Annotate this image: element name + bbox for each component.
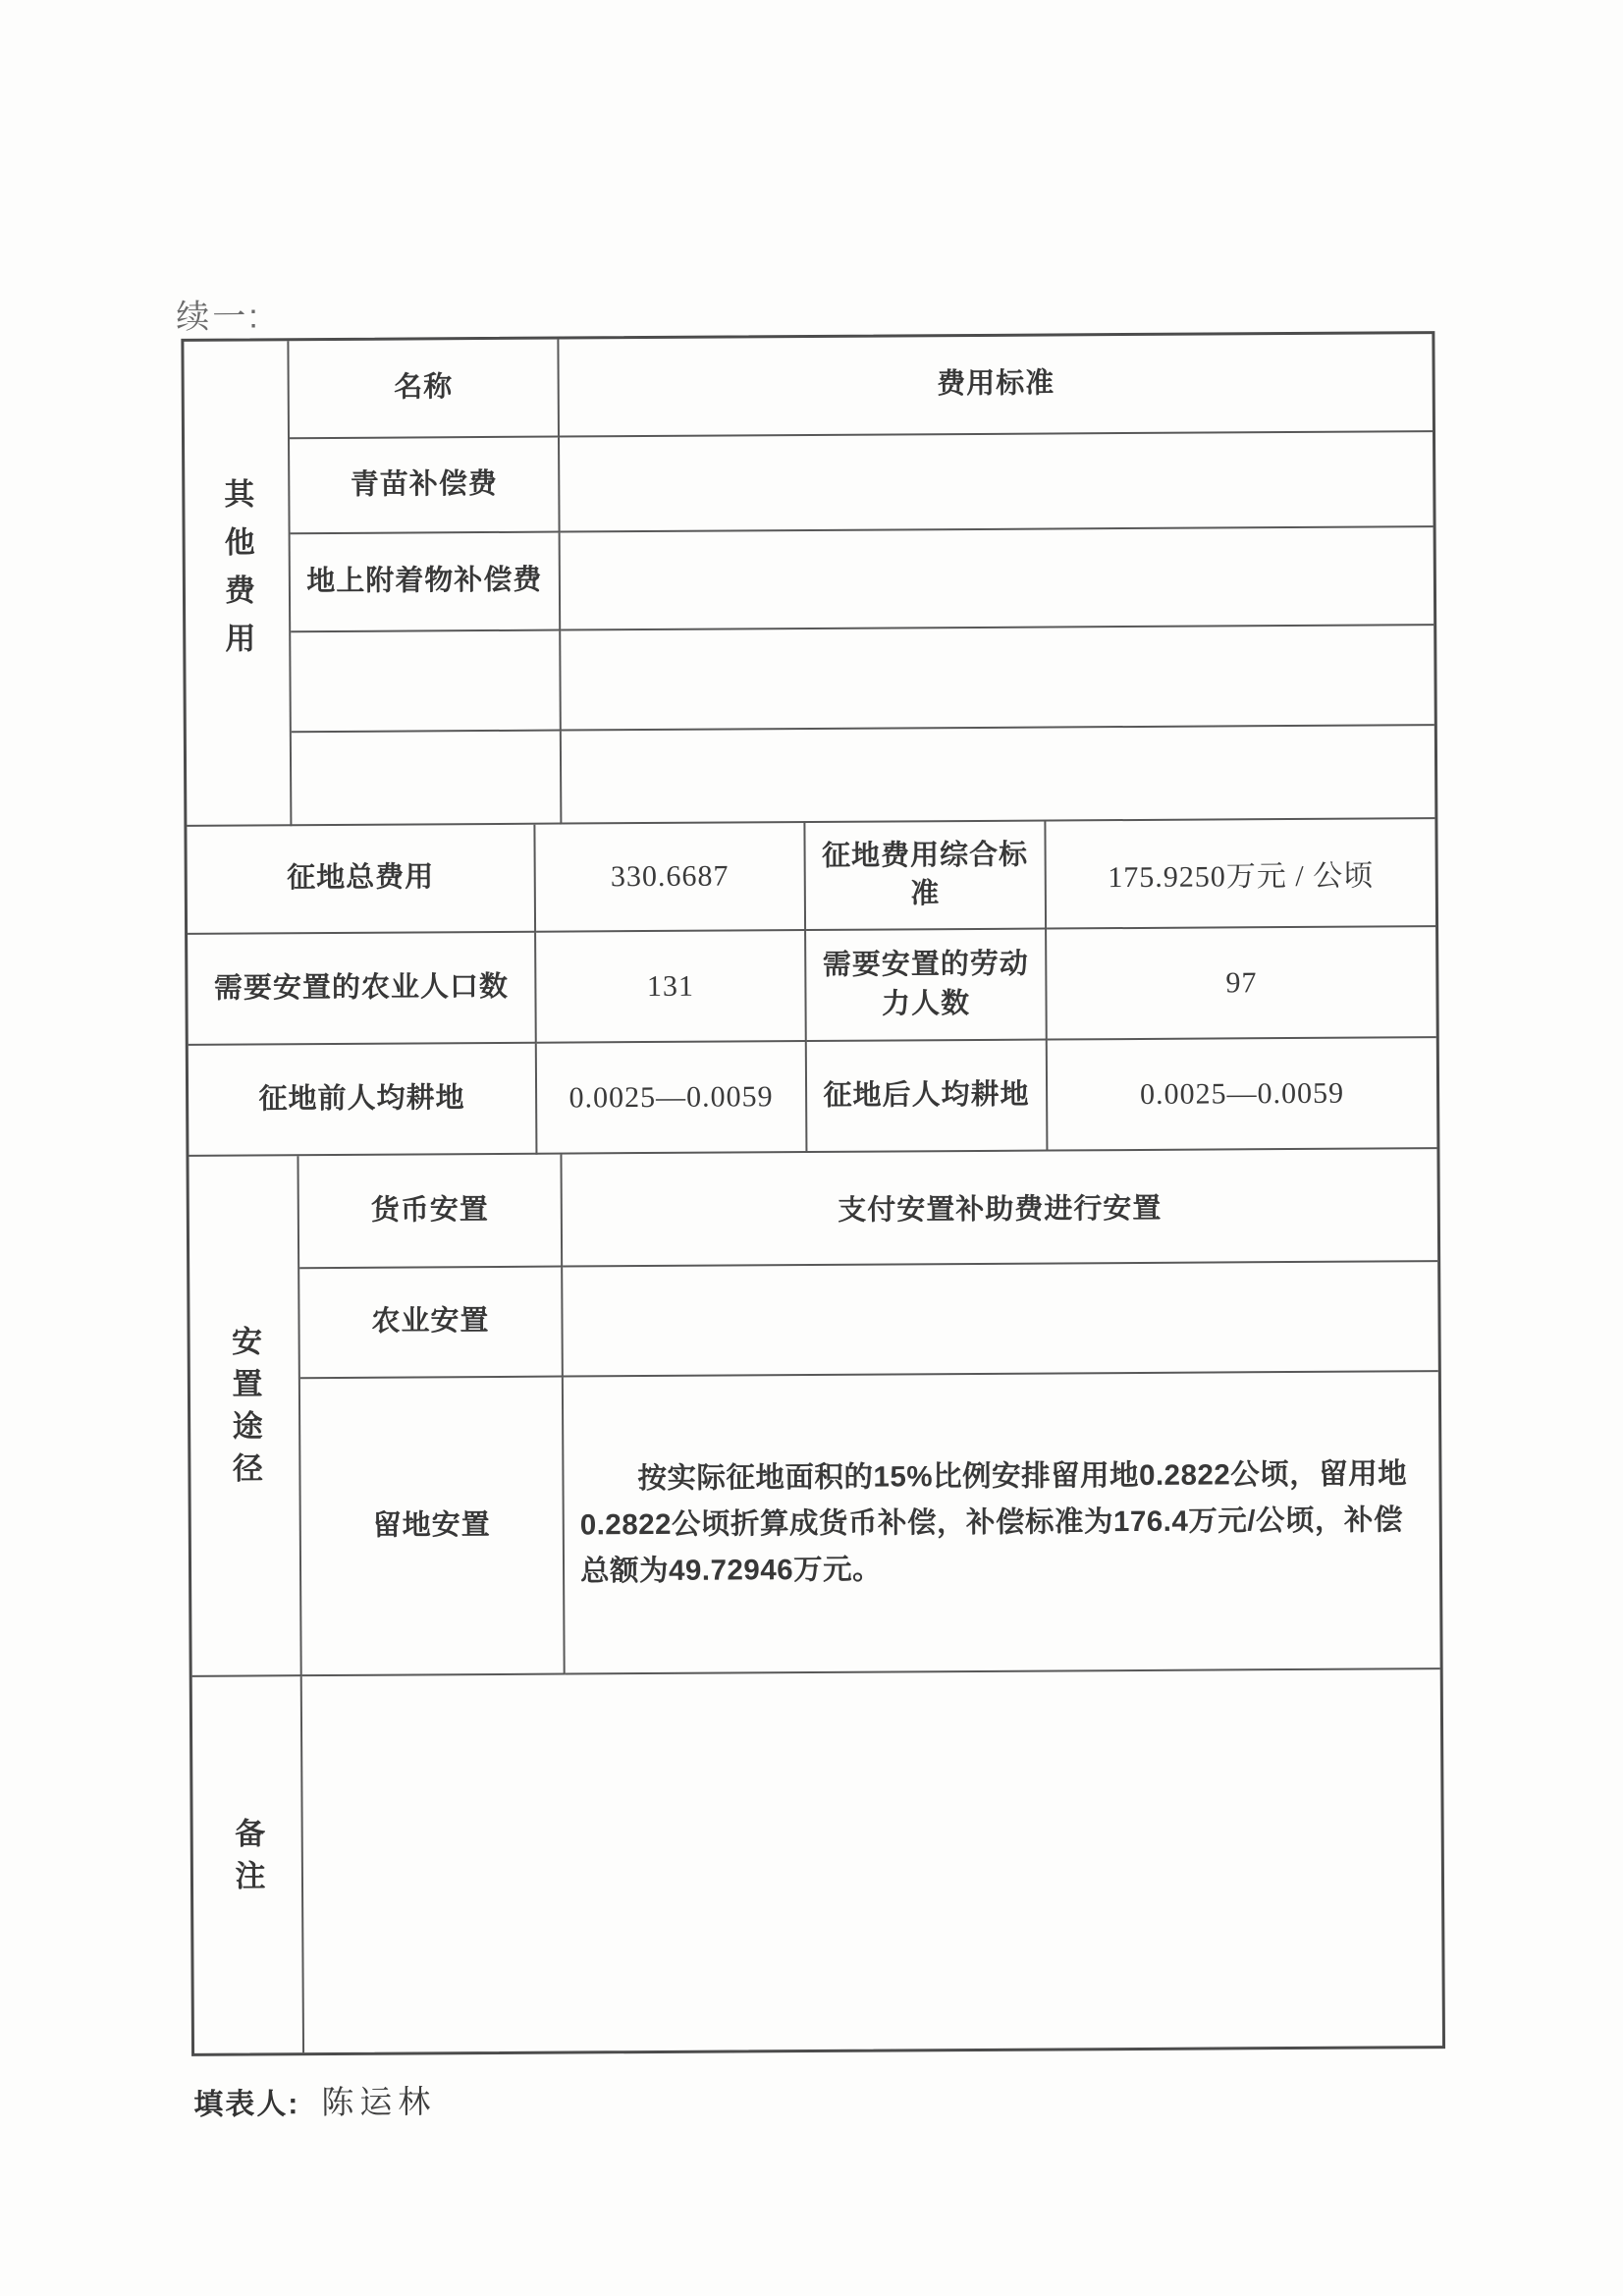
post-per-capita-value-cell: 0.0025—0.0059 xyxy=(1048,1038,1437,1151)
labor-count-value: 97 xyxy=(1225,966,1257,1000)
fee-row-standard-cell xyxy=(560,432,1434,532)
total-cost-value-cell: 330.6687 xyxy=(535,823,806,933)
composite-standard-label: 征地费用综合标准 xyxy=(805,832,1045,918)
monetary-resettlement-desc-cell: 支付安置补助费进行安置 xyxy=(562,1149,1437,1267)
fee-row-name-cell xyxy=(291,631,562,734)
composite-standard-value: 175.9250万元 / 公顷 xyxy=(1108,851,1374,897)
pre-per-capita-value: 0.0025—0.0059 xyxy=(569,1080,774,1115)
form-filler-name: 陈运林 xyxy=(321,2076,436,2123)
fee-name-header: 名称 xyxy=(394,369,453,409)
post-per-capita-label: 征地后人均耕地 xyxy=(817,1072,1035,1120)
summary-section: 征地总费用 330.6687 征地费用综合标准 175.9250万元 / 公顷 … xyxy=(187,819,1436,1157)
fee-standard-header-cell: 费用标准 xyxy=(559,334,1433,437)
composite-standard-label-cell: 征地费用综合标准 xyxy=(805,822,1047,931)
remarks-content-cell xyxy=(302,1669,1442,2052)
fee-row-name-cell xyxy=(292,732,563,827)
fee-row-name: 青苗补偿费 xyxy=(351,465,498,505)
agri-population-label-cell: 需要安置的农业人口数 xyxy=(188,933,537,1046)
land-retention-desc-cell: 按实际征地面积的15%比例安排留用地0.2822公顷，留用地0.2822公顷折算… xyxy=(564,1372,1440,1674)
fee-row-name-cell: 青苗补偿费 xyxy=(290,438,561,535)
total-cost-label-cell: 征地总费用 xyxy=(187,825,536,935)
remarks-section: 备注 xyxy=(192,1669,1442,2053)
land-retention-label-cell: 留地安置 xyxy=(300,1378,566,1677)
total-cost-label: 征地总费用 xyxy=(287,859,434,899)
pre-per-capita-label-cell: 征地前人均耕地 xyxy=(189,1044,538,1157)
agricultural-resettlement-label: 农业安置 xyxy=(371,1302,489,1341)
agri-population-label: 需要安置的农业人口数 xyxy=(214,968,509,1009)
fee-row-standard-cell xyxy=(562,726,1435,824)
monetary-resettlement-label-cell: 货币安置 xyxy=(298,1155,563,1270)
agricultural-resettlement-desc-cell xyxy=(563,1262,1438,1377)
labor-count-label-cell: 需要安置的劳动力人数 xyxy=(806,930,1048,1042)
form-filler-line: 填表人: 陈运林 xyxy=(193,2076,436,2124)
fee-name-header-cell: 名称 xyxy=(289,340,560,440)
agri-population-value-cell: 131 xyxy=(536,931,807,1044)
fee-row-name-cell: 地上附着物补偿费 xyxy=(291,533,562,633)
form-filler-label: 填表人: xyxy=(193,2079,299,2123)
resettlement-section-label-cell: 安置途径 xyxy=(189,1156,301,1677)
fee-row-standard-cell xyxy=(561,626,1434,731)
composite-standard-value-cell: 175.9250万元 / 公顷 xyxy=(1046,819,1435,929)
scanned-form-page: 续一: 其他费用 名称 费用标准 青苗补偿费 地上附着物补偿费 xyxy=(0,0,1623,2296)
other-fees-section: 其他费用 名称 费用标准 青苗补偿费 地上附着物补偿费 xyxy=(184,334,1434,827)
fee-standard-header: 费用标准 xyxy=(937,365,1055,405)
labor-count-label: 需要安置的劳动力人数 xyxy=(806,942,1046,1028)
labor-count-value-cell: 97 xyxy=(1047,927,1436,1040)
pre-per-capita-label: 征地前人均耕地 xyxy=(258,1079,464,1119)
resettlement-section-label: 安置途径 xyxy=(222,1325,267,1505)
resettlement-section: 安置途径 货币安置 支付安置补助费进行安置 农业安置 留地安置 按实际征地面积的… xyxy=(189,1149,1439,1677)
remarks-label-cell: 备注 xyxy=(192,1676,304,2053)
post-per-capita-value: 0.0025—0.0059 xyxy=(1140,1076,1344,1111)
land-expropriation-table: 其他费用 名称 费用标准 青苗补偿费 地上附着物补偿费 xyxy=(181,331,1445,2056)
other-fees-section-label-cell: 其他费用 xyxy=(184,341,292,827)
monetary-resettlement-desc: 支付安置补助费进行安置 xyxy=(838,1186,1162,1229)
continuation-label: 续一: xyxy=(176,289,261,338)
page-content: 续一: 其他费用 名称 费用标准 青苗补偿费 地上附着物补偿费 xyxy=(0,0,1623,2296)
fee-row-name: 地上附着物补偿费 xyxy=(306,562,542,602)
monetary-resettlement-label: 货币安置 xyxy=(371,1191,489,1230)
post-per-capita-label-cell: 征地后人均耕地 xyxy=(807,1041,1049,1153)
pre-per-capita-value-cell: 0.0025—0.0059 xyxy=(537,1042,808,1155)
remarks-label: 备注 xyxy=(225,1817,270,1913)
land-retention-desc: 按实际征地面积的15%比例安排留用地0.2822公顷，留用地0.2822公顷折算… xyxy=(564,1441,1439,1605)
land-retention-label: 留地安置 xyxy=(373,1506,491,1546)
fee-row-standard-cell xyxy=(561,527,1434,630)
agricultural-resettlement-label-cell: 农业安置 xyxy=(299,1268,564,1380)
total-cost-value: 330.6687 xyxy=(611,860,730,895)
other-fees-section-label: 其他费用 xyxy=(214,477,259,687)
agri-population-value: 131 xyxy=(647,969,694,1003)
